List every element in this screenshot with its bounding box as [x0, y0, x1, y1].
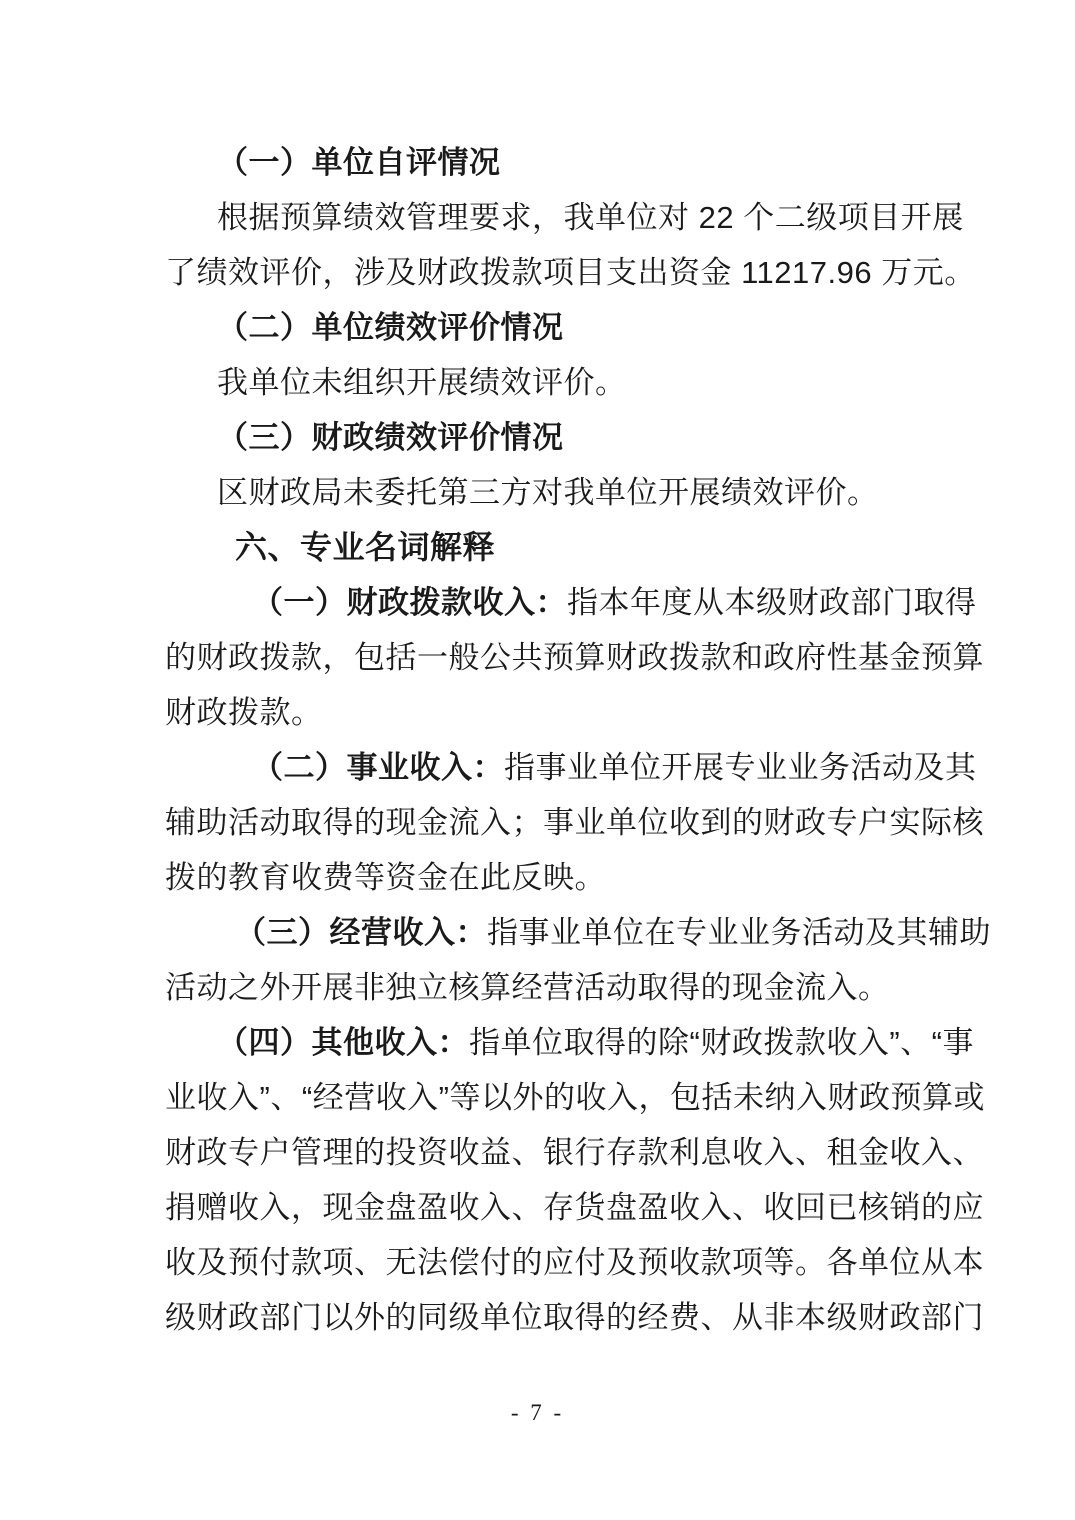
page-number: - 7 -: [0, 1400, 1075, 1426]
paragraph-line: 收及预付款项、无法偿付的应付及预收款项等。各单位从本: [165, 1235, 925, 1290]
term-definition-text: 指单位取得的除“财政拨款收入”、“事: [469, 1025, 974, 1060]
paragraph-line: （四）其他收入：指单位取得的除“财政拨款收入”、“事: [165, 1015, 925, 1070]
paragraph-line: 的财政拨款，包括一般公共预算财政拨款和政府性基金预算: [165, 630, 925, 685]
paragraph-line: 活动之外开展非独立核算经营活动取得的现金流入。: [165, 960, 925, 1015]
sub-heading-line: （三）财政绩效评价情况: [165, 410, 925, 465]
paragraph-line: 辅助活动取得的现金流入；事业单位收到的财政专户实际核: [165, 795, 925, 850]
term-label: （三）经营收入：: [235, 915, 487, 950]
paragraph-line: 财政专户管理的投资收益、银行存款利息收入、租金收入、: [165, 1125, 925, 1180]
paragraph-line: 业收入”、“经营收入”等以外的收入，包括未纳入财政预算或: [165, 1070, 925, 1125]
sub-heading-line: （一）单位自评情况: [165, 135, 925, 190]
paragraph-line: 拨的教育收费等资金在此反映。: [165, 850, 925, 905]
paragraph-line: 我单位未组织开展绩效评价。: [165, 355, 925, 410]
term-label: （二）事业收入：: [252, 750, 504, 785]
paragraph-line: 财政拨款。: [165, 685, 925, 740]
document-page: （一）单位自评情况根据预算绩效管理要求，我单位对 22 个二级项目开展了绩效评价…: [0, 0, 1075, 1520]
term-definition-text: 指事业单位在专业业务活动及其辅助: [487, 915, 991, 950]
paragraph-line: （三）经营收入：指事业单位在专业业务活动及其辅助: [165, 905, 925, 960]
page-number-text: - 7 -: [511, 1400, 564, 1425]
paragraph-line: 区财政局未委托第三方对我单位开展绩效评价。: [165, 465, 925, 520]
paragraph-line: 根据预算绩效管理要求，我单位对 22 个二级项目开展: [165, 190, 925, 245]
document-content: （一）单位自评情况根据预算绩效管理要求，我单位对 22 个二级项目开展了绩效评价…: [165, 135, 925, 1345]
section-heading: 六、专业名词解释: [165, 520, 925, 575]
paragraph-line: 捐赠收入，现金盘盈收入、存货盘盈收入、收回已核销的应: [165, 1180, 925, 1235]
sub-heading-line: （二）单位绩效评价情况: [165, 300, 925, 355]
term-definition-text: 指本年度从本级财政部门取得: [567, 585, 977, 620]
paragraph-line: 级财政部门以外的同级单位取得的经费、从非本级财政部门: [165, 1290, 925, 1345]
paragraph-line: （二）事业收入：指事业单位开展专业业务活动及其: [165, 740, 925, 795]
term-label: （一）财政拨款收入：: [252, 585, 567, 620]
paragraph-line: 了绩效评价，涉及财政拨款项目支出资金 11217.96 万元。: [165, 245, 925, 300]
paragraph-line: （一）财政拨款收入：指本年度从本级财政部门取得: [165, 575, 925, 630]
term-label: （四）其他收入：: [217, 1025, 469, 1060]
term-definition-text: 指事业单位开展专业业务活动及其: [504, 750, 977, 785]
